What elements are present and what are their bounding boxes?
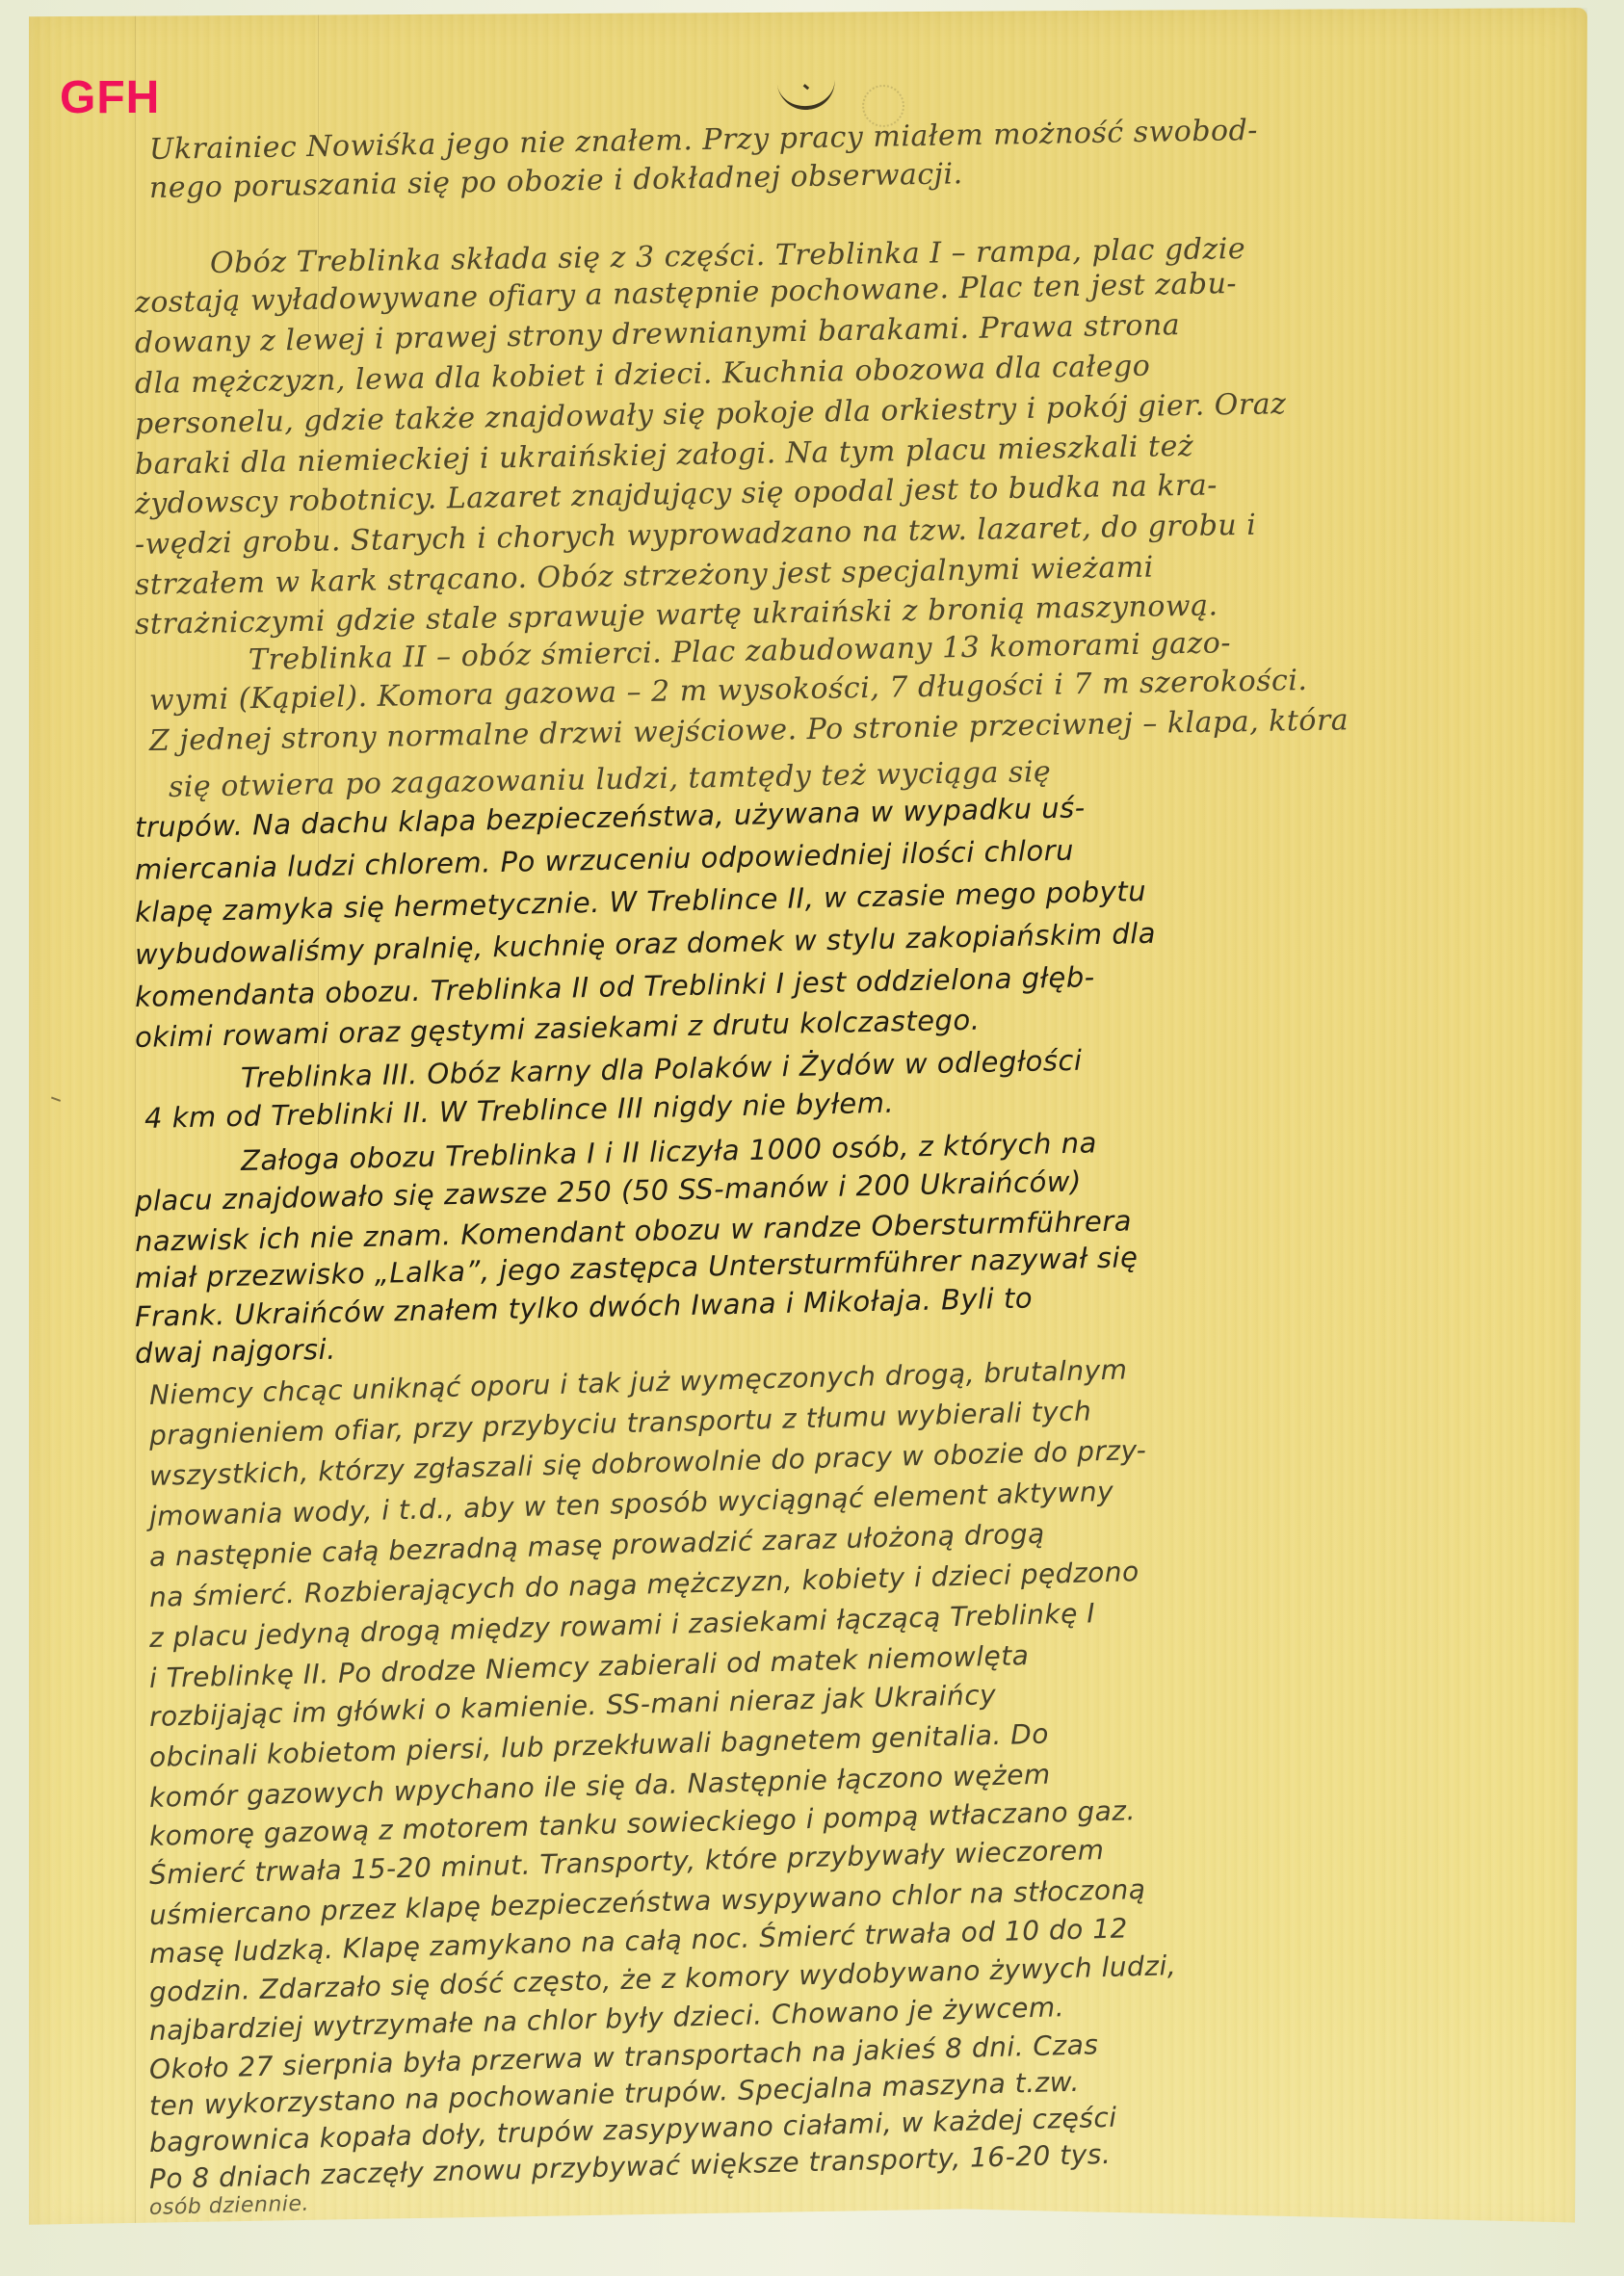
- text-line: osób dziennie.: [149, 2192, 310, 2220]
- text-line: dwaj najgorsi.: [135, 1333, 337, 1370]
- archive-watermark: GFH: [60, 71, 160, 124]
